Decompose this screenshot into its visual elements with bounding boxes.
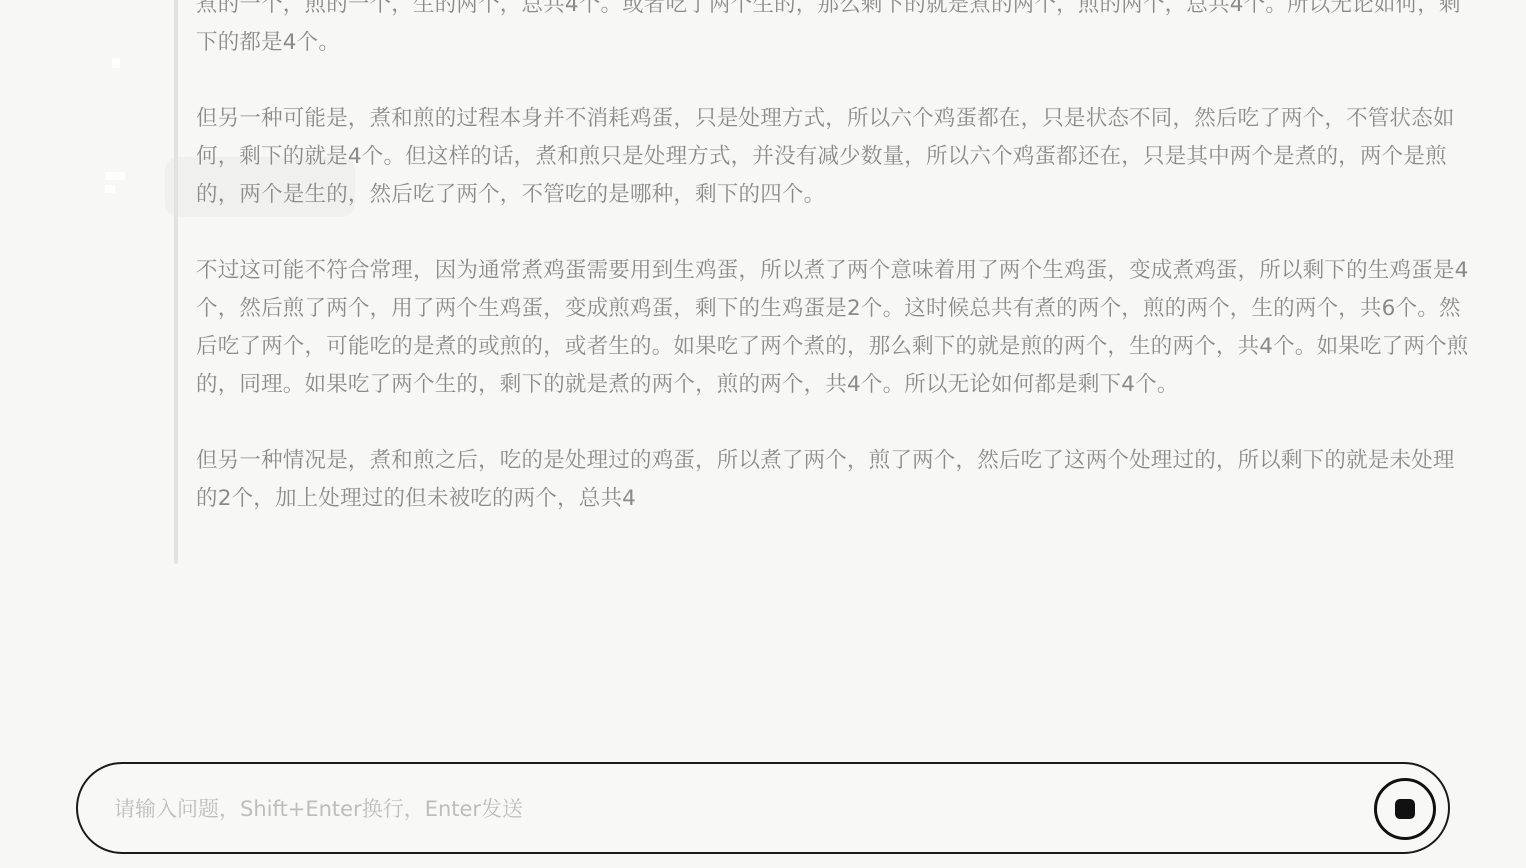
chat-page: 煮的一个，煎的一个，生的两个，总共4个。或者吃了两个生的，那么剩下的就是煮的两个… (0, 0, 1526, 868)
thinking-paragraph: 但另一种可能是，煮和煎的过程本身并不消耗鸡蛋，只是处理方式，所以六个鸡蛋都在，只… (196, 100, 1476, 214)
chat-input-box (76, 762, 1450, 854)
sidebar-ghost-icon (112, 58, 120, 68)
thinking-paragraph: 煮的一个，煎的一个，生的两个，总共4个。或者吃了两个生的，那么剩下的就是煮的两个… (196, 0, 1476, 62)
sidebar-ghost-icon (105, 172, 125, 180)
sidebar-ghost-icon (105, 185, 115, 193)
chat-input[interactable] (112, 790, 1336, 828)
thinking-paragraph: 不过这可能不符合常理，因为通常煮鸡蛋需要用到生鸡蛋，所以煮了两个意味着用了两个生… (196, 252, 1476, 404)
thinking-content: 煮的一个，煎的一个，生的两个，总共4个。或者吃了两个生的，那么剩下的就是煮的两个… (196, 0, 1476, 556)
stop-generating-button[interactable] (1374, 778, 1436, 840)
thinking-quote-bar (174, 0, 178, 564)
stop-icon (1395, 799, 1415, 819)
thinking-paragraph: 但另一种情况是，煮和煎之后，吃的是处理过的鸡蛋，所以煮了两个，煎了两个，然后吃了… (196, 442, 1476, 518)
